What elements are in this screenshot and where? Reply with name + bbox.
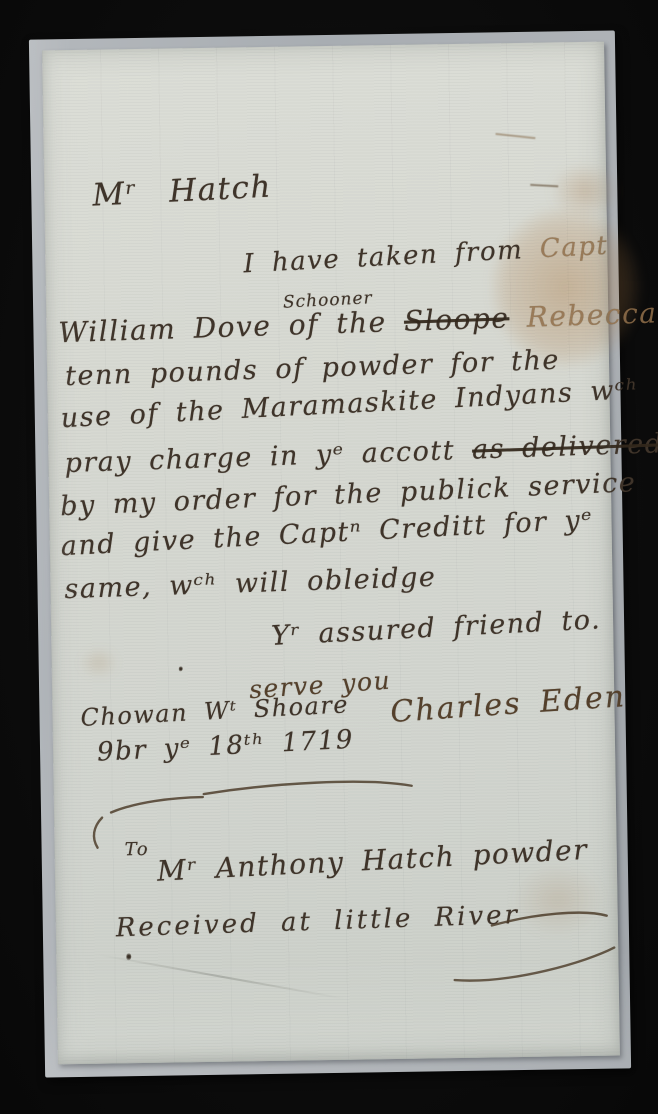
- docket-paren: [94, 818, 103, 848]
- opening-text: I have taken from: [243, 234, 541, 279]
- date-underline-short: [111, 797, 203, 812]
- mat-backing: Mʳ Hatch I have taken from Capt Schooner…: [29, 30, 631, 1077]
- scan-background: Mʳ Hatch I have taken from Capt Schooner…: [0, 0, 658, 1114]
- river-flourish-lower: [454, 948, 614, 981]
- docket-to: To: [124, 839, 149, 860]
- faint-mark-top-2: [530, 184, 558, 188]
- struck-word-sloope: Sloope: [403, 301, 509, 337]
- closing-line-1: Yʳ assured friend to.: [271, 604, 602, 652]
- opening-line: I have taken from Capt: [243, 231, 609, 279]
- paper-stain-large: [490, 206, 642, 368]
- paper-crease: [98, 954, 344, 999]
- faded-word-capt: Capt: [539, 231, 609, 264]
- vessel-post: Rebeccah: [509, 296, 658, 335]
- document-paper: Mʳ Hatch I have taken from Capt Schooner…: [42, 42, 620, 1065]
- docket-line-1: Mʳ Anthony Hatch powder: [156, 833, 589, 888]
- ink-dot-2: [126, 953, 131, 960]
- paper-stain-left: [79, 647, 117, 678]
- ink-dot-1: [179, 666, 183, 671]
- paper-stain-small: [549, 161, 620, 220]
- struck-words-as-delivered: as delivered: [472, 428, 658, 465]
- paper-stain-bottom-right: [510, 862, 606, 938]
- charge-pre: pray charge in yᵉ accott: [64, 435, 473, 480]
- faint-mark-top: [495, 133, 535, 139]
- vessel-pre: William Dove of the: [58, 305, 405, 349]
- date-underline-long: [204, 781, 412, 794]
- date-line: 9br yᵉ 18ᵗʰ 1719: [96, 725, 354, 768]
- docket-line-2: Received at little River: [115, 900, 520, 943]
- signature-charles-eden: Charles Eden: [389, 679, 627, 730]
- place-line: Chowan Wᵗ Shoare: [80, 690, 350, 732]
- salutation: Mʳ Hatch: [91, 169, 272, 214]
- body-line-5: same, wᶜʰ will obleidge: [64, 562, 437, 605]
